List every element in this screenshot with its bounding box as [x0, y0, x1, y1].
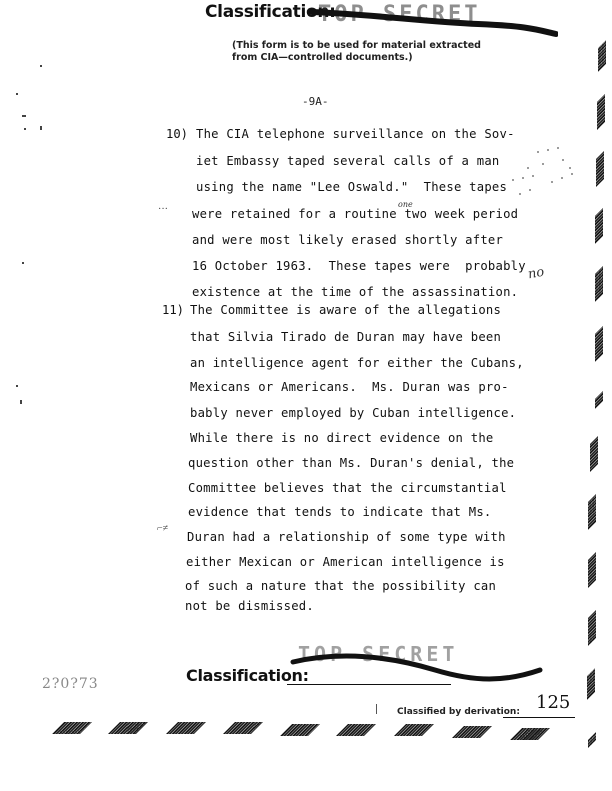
edge-hatch-mark — [595, 208, 603, 244]
paragraph-line: using the name "Lee Oswald." These tapes — [196, 180, 507, 194]
paragraph-line: While there is no direct evidence on the — [190, 431, 494, 445]
edge-hatch-mark — [595, 326, 603, 362]
edge-hatch-mark — [595, 266, 603, 302]
paragraph-line: Committee believes that the circumstanti… — [188, 481, 507, 495]
paragraph-line: an intelligence agent for either the Cub… — [190, 356, 524, 370]
edge-hatch-mark — [590, 436, 598, 472]
margin-tick-mark: ⌐≠ — [157, 523, 168, 534]
paragraph-line: were retained for a routine two week per… — [192, 207, 518, 221]
paragraph-line: iet Embassy taped several calls of a man — [196, 154, 500, 168]
bottom-hatch-mark — [394, 724, 434, 736]
paragraph-line: existence at the time of the assassinati… — [192, 285, 518, 299]
handwritten-note-no: no — [527, 265, 546, 283]
margin-tick-mark: ··· — [158, 204, 168, 215]
edge-hatch-mark — [588, 552, 596, 588]
paragraph-line: and were most likely erased shortly afte… — [192, 233, 503, 247]
edge-hatch-mark — [587, 668, 595, 700]
paragraph-line: evidence that tends to indicate that Ms. — [188, 505, 492, 519]
scan-speck — [20, 400, 22, 404]
derivation-tick — [376, 704, 377, 714]
derivation-underline — [503, 717, 575, 718]
paragraph-number-10: 10) — [166, 127, 188, 141]
scan-speck — [24, 128, 26, 130]
bottom-hatch-mark — [280, 724, 320, 736]
paragraph-line: of such a nature that the possibility ca… — [185, 579, 496, 593]
bottom-hatch-mark — [108, 722, 148, 734]
classification-label-bottom: Classification: — [186, 666, 309, 685]
bottom-hatch-mark — [52, 722, 92, 734]
scan-speck — [16, 93, 18, 95]
scan-speck — [16, 385, 18, 387]
paragraph-line: question other than Ms. Duran's denial, … — [188, 456, 514, 470]
paragraph-line: that Silvia Tirado de Duran may have bee… — [190, 330, 501, 344]
paragraph-line: Mexicans or Americans. Ms. Duran was pro… — [190, 380, 509, 394]
redaction-scribble-top — [308, 0, 558, 40]
document-number: 2?0?73 — [42, 676, 99, 692]
form-note: (This form is to be used for material ex… — [232, 40, 481, 64]
bottom-hatch-mark — [166, 722, 206, 734]
paragraph-line: bably never employed by Cuban intelligen… — [190, 406, 516, 420]
paragraph-line: 16 October 1963. These tapes were probab… — [192, 259, 526, 273]
bottom-hatch-mark — [452, 726, 492, 738]
edge-hatch-mark — [588, 610, 596, 646]
scan-speck — [22, 115, 26, 117]
edge-hatch-mark — [598, 40, 606, 72]
form-note-line-1: (This form is to be used for material ex… — [232, 40, 481, 52]
paragraph-line: not be dismissed. — [185, 599, 314, 613]
edge-hatch-mark — [595, 391, 603, 409]
page-number: 125 — [536, 692, 570, 713]
handwritten-note-one: one — [398, 200, 413, 209]
margin-scribble-dots — [508, 140, 588, 210]
classified-by-derivation-label: Classified by derivation: — [397, 707, 520, 717]
edge-hatch-mark — [588, 494, 596, 530]
form-note-line-2: from CIA—controlled documents.) — [232, 52, 481, 64]
scan-speck — [40, 65, 42, 67]
paragraph-line: either Mexican or American intelligence … — [186, 555, 505, 569]
paragraph-line: Duran had a relationship of some type wi… — [187, 530, 506, 544]
edge-hatch-mark — [596, 151, 604, 187]
redaction-scribble-bottom — [285, 648, 545, 688]
scan-speck — [40, 126, 42, 130]
edge-hatch-mark — [597, 94, 605, 130]
bottom-hatch-mark — [336, 724, 376, 736]
classification-underline — [287, 684, 451, 685]
page-marker: -9A- — [302, 95, 329, 108]
scan-speck — [22, 262, 24, 264]
edge-hatch-mark — [588, 732, 596, 748]
paragraph-line: The CIA telephone surveillance on the So… — [196, 127, 515, 141]
paragraph-number-11: 11) — [162, 303, 184, 317]
bottom-hatch-mark — [223, 722, 263, 734]
paragraph-line: The Committee is aware of the allegation… — [190, 303, 501, 317]
bottom-hatch-mark — [510, 728, 550, 740]
